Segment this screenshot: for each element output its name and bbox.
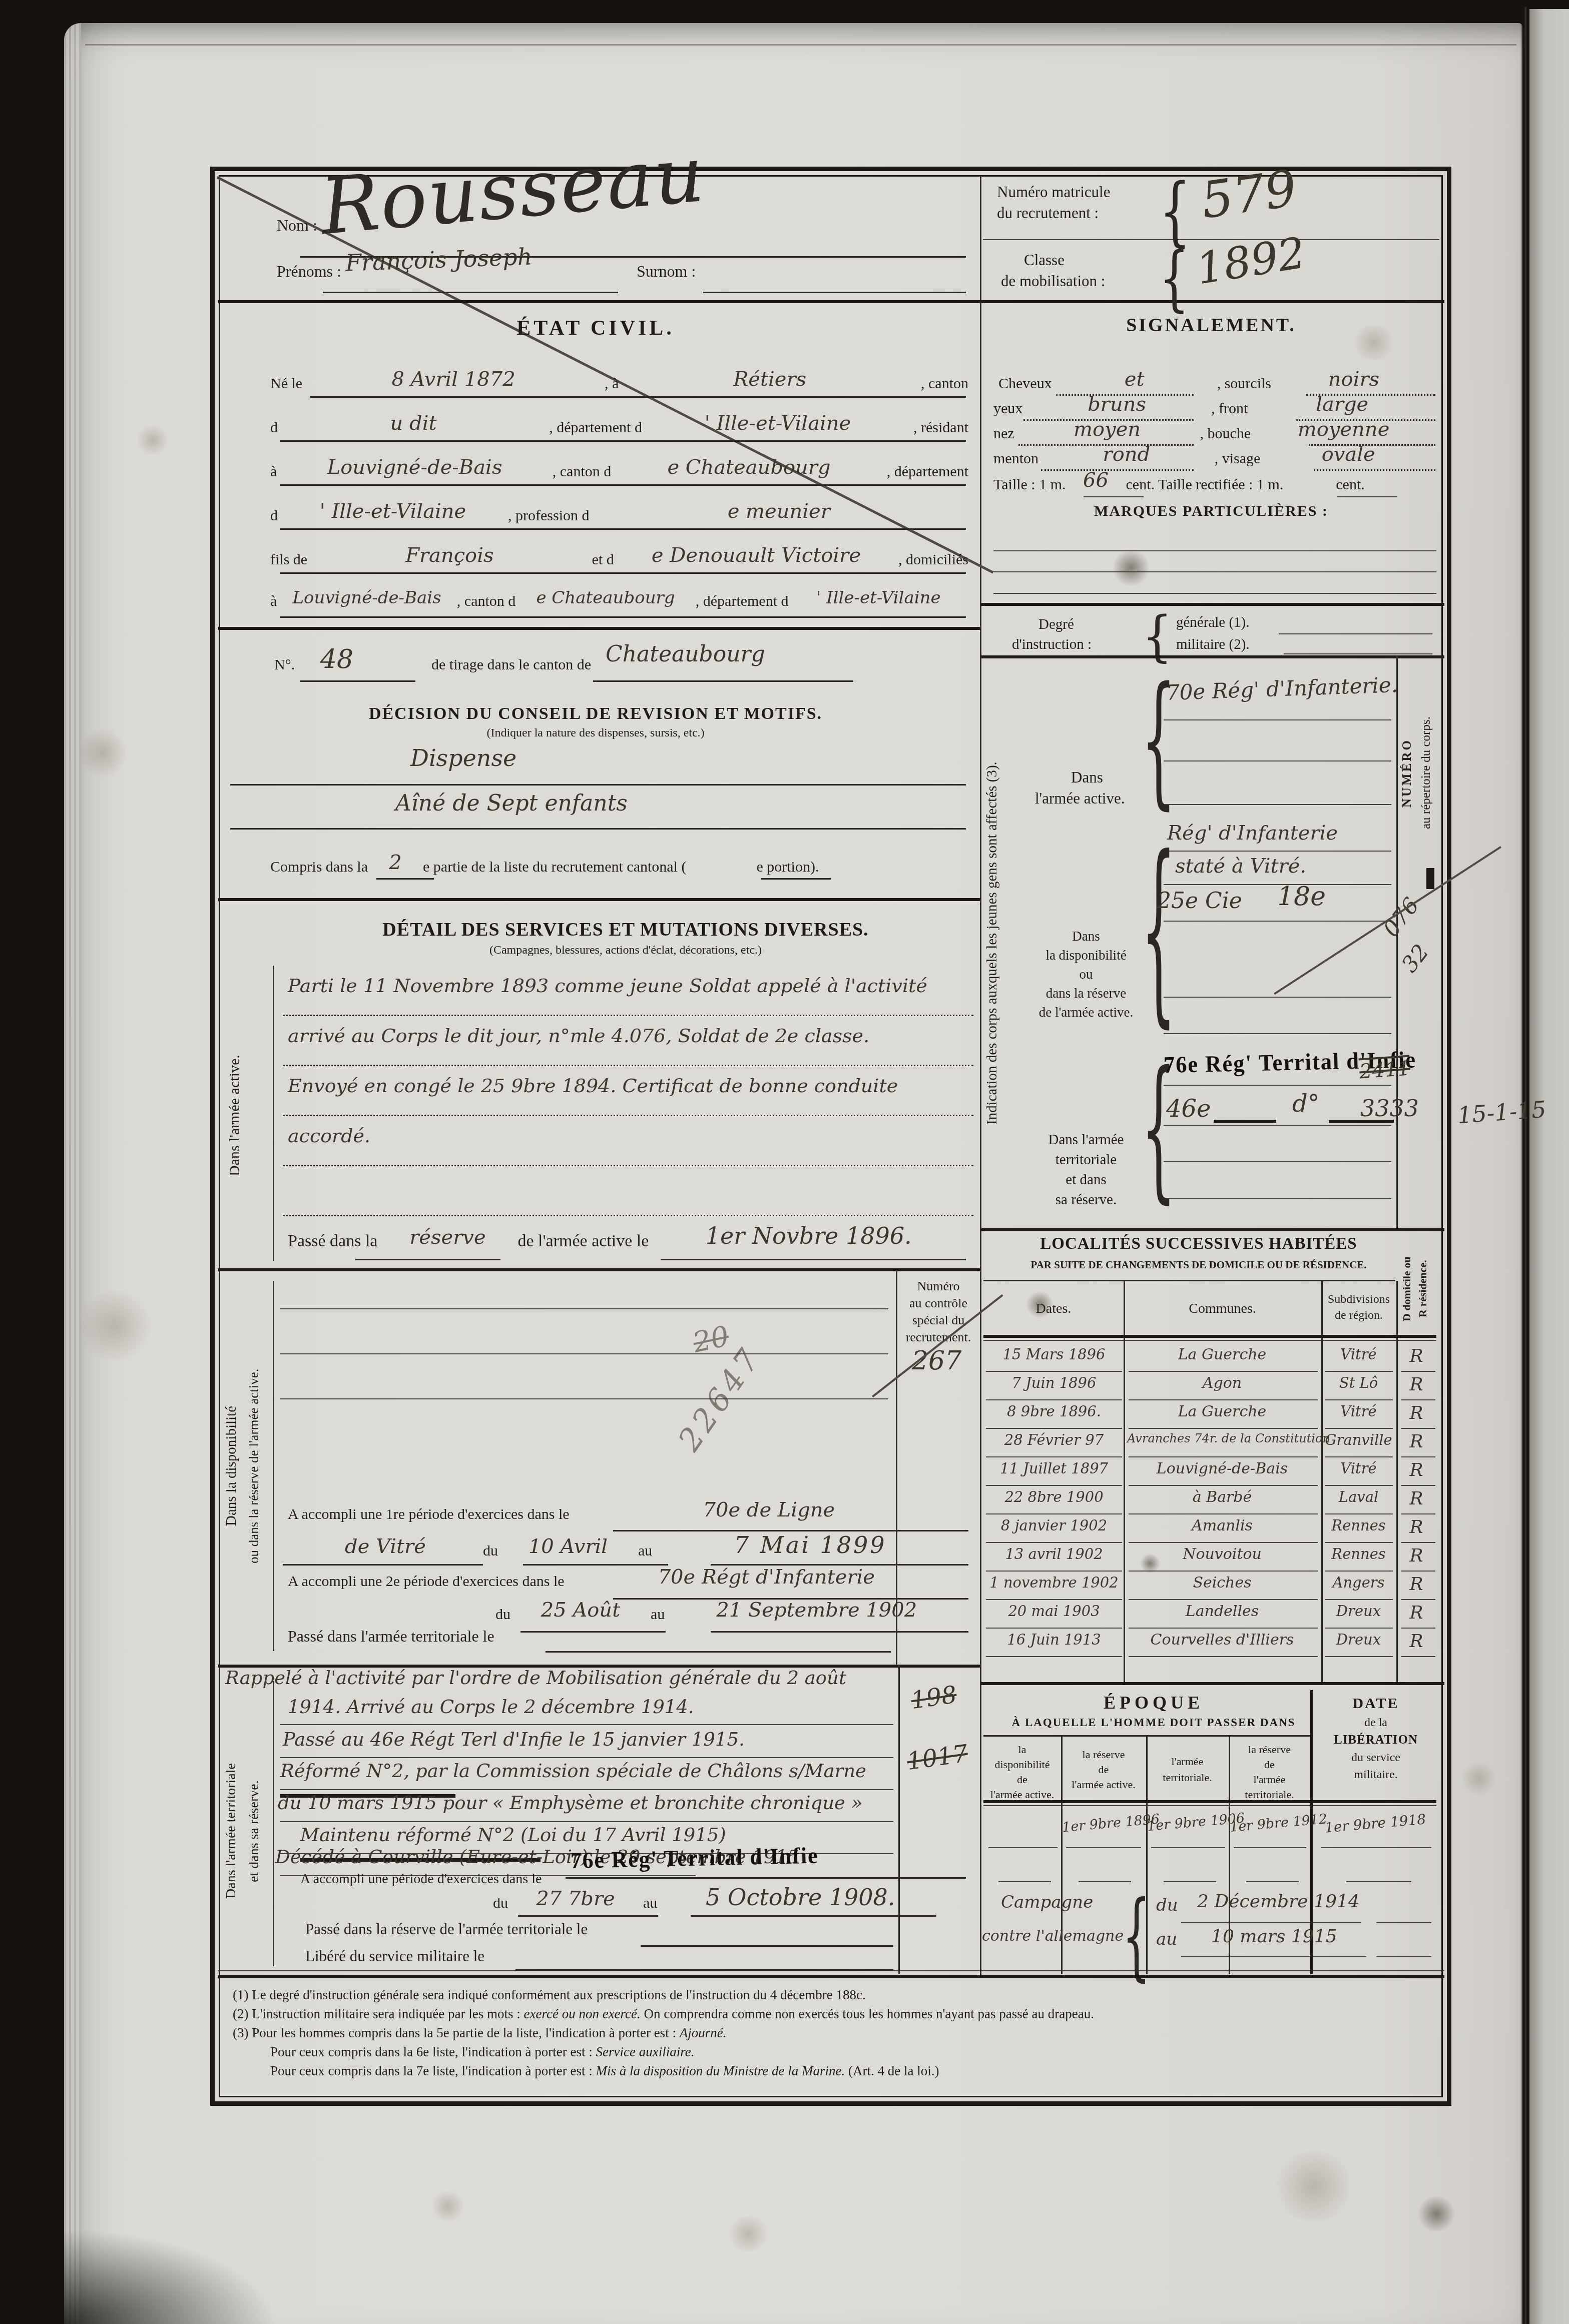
col-header-dr-1: D domicile ou bbox=[1400, 1232, 1413, 1346]
struck-number: 2411 bbox=[1358, 1055, 1411, 1084]
row-rule bbox=[1129, 1428, 1318, 1429]
handwritten: 10 Avril bbox=[498, 1535, 638, 1558]
surnom-rule bbox=[703, 292, 966, 293]
row-rule bbox=[1401, 1456, 1435, 1457]
table-cell-commune: La Guerche bbox=[1127, 1346, 1317, 1363]
campagne-brace bbox=[1122, 1889, 1151, 1984]
rule bbox=[1376, 1922, 1431, 1923]
periode1-line1: A accompli une 1re période d'exercices d… bbox=[288, 1501, 968, 1524]
printed: , sourcils bbox=[1217, 375, 1271, 392]
table-cell-commune: Louvigné-de-Bais bbox=[1127, 1460, 1317, 1477]
stain bbox=[75, 1291, 155, 1361]
table-cell-commune: Landelles bbox=[1127, 1603, 1317, 1620]
epoque-header-sep bbox=[983, 1800, 1436, 1803]
handwritten: ' Ille-et-Vilaine bbox=[278, 500, 508, 523]
services-handwritten-3: Envoyé en congé le 25 9bre 1894. Certifi… bbox=[288, 1075, 898, 1097]
row-rule bbox=[1325, 1513, 1393, 1514]
epoque-col4-l1: la réserve bbox=[1229, 1743, 1310, 1756]
row-rule bbox=[1129, 1542, 1318, 1543]
printed: , visage bbox=[1215, 450, 1261, 467]
footnote-1: (1) Le degré d'instruction générale sera… bbox=[233, 1987, 866, 2003]
footnote-5b: Mis à la disposition du Ministre de la M… bbox=[596, 2063, 845, 2078]
corps-dispo-label-1: Dans bbox=[1031, 929, 1141, 944]
dash bbox=[1214, 1120, 1276, 1123]
handwritten: Rétiers bbox=[619, 368, 921, 391]
degre-label-1: Degré bbox=[1038, 616, 1074, 633]
rule bbox=[1376, 1956, 1431, 1957]
footnote-sep-thin bbox=[218, 1970, 1444, 1971]
rule bbox=[376, 878, 434, 880]
ctrl-label-2: au contrôle bbox=[898, 1296, 978, 1311]
handwritten: 8 Avril 1872 bbox=[302, 368, 605, 391]
row-rule bbox=[1129, 1656, 1318, 1657]
footnote-5: Pour ceux compris dans la 7e liste, l'in… bbox=[270, 2063, 939, 2079]
printed: à bbox=[270, 463, 277, 480]
rule bbox=[998, 1881, 1051, 1882]
rule bbox=[1246, 1881, 1299, 1882]
signalement-row-2: yeux bruns , front large bbox=[993, 395, 1436, 418]
row-rule bbox=[1401, 1599, 1435, 1600]
printed: fils de bbox=[270, 551, 307, 568]
handwritten: réserve bbox=[377, 1226, 517, 1249]
ctrl-label-1: Numéro bbox=[898, 1279, 978, 1294]
row-rule bbox=[986, 1628, 1122, 1629]
header-rule-2 bbox=[983, 1340, 1436, 1341]
printed: , domiciliés bbox=[898, 551, 968, 568]
stain bbox=[430, 2191, 465, 2221]
terr-handwritten-2: 1914. Arrivé au Corps le 2 décembre 1914… bbox=[288, 1696, 694, 1718]
tirage-number: 48 bbox=[320, 644, 353, 674]
scanned-document: Nom : Rousseau Prénoms : François Joseph… bbox=[0, 0, 1569, 2324]
campagne-date-du: 2 Décembre 1914 bbox=[1197, 1891, 1360, 1912]
row-rule bbox=[1325, 1428, 1393, 1429]
signalement-title: SIGNALEMENT. bbox=[1096, 314, 1326, 336]
services-side-label: Dans l'armée active. bbox=[226, 981, 243, 1251]
printed: Né le bbox=[270, 375, 302, 392]
marques-title: MARQUES PARTICULIÈRES : bbox=[1046, 503, 1376, 520]
terr-handwritten-1: Rappelé à l'activité par l'ordre de Mobi… bbox=[225, 1667, 846, 1689]
degre-label-2: d'instruction : bbox=[1012, 636, 1092, 653]
table-cell-subdiv: Dreux bbox=[1322, 1631, 1395, 1648]
classe-brace bbox=[1159, 243, 1189, 315]
footnote-4a: Pour ceux compris dans la 6e liste, l'in… bbox=[270, 2044, 596, 2059]
terr-margin-divider bbox=[898, 1665, 900, 1974]
terr-handwritten-4: Réformé N°2, par la Commission spéciale … bbox=[280, 1760, 866, 1782]
table-cell-subdiv: Vitré bbox=[1322, 1460, 1395, 1477]
rule bbox=[1181, 1956, 1366, 1957]
matricule-rule bbox=[983, 239, 1439, 240]
footnote-2a: (2) L'instruction militaire sera indiqué… bbox=[233, 2006, 524, 2021]
printed: Passé dans la bbox=[288, 1232, 377, 1251]
corps-side-label: Indication des corps auxquels les jeunes… bbox=[984, 665, 1000, 1221]
table-cell-dr: R bbox=[1399, 1346, 1434, 1366]
printed: Taille : 1 m. bbox=[993, 476, 1066, 493]
handwritten: 5 Octobre 1908. bbox=[657, 1884, 943, 1911]
table-cell-subdiv: Granville bbox=[1322, 1431, 1395, 1448]
row-rule bbox=[1325, 1571, 1393, 1572]
table-cell-dr: R bbox=[1399, 1431, 1434, 1452]
facing-page-edge bbox=[1529, 9, 1569, 2324]
terr-handwritten-5: du 10 mars 1915 pour « Emphysème et bron… bbox=[278, 1792, 862, 1814]
tirage-canton: Chateaubourg bbox=[606, 641, 765, 667]
epoque-col4-l4: territoriale. bbox=[1229, 1788, 1310, 1801]
rule bbox=[230, 784, 966, 786]
col-divider-communes-subdiv bbox=[1321, 1281, 1323, 1682]
periode-territoriale-dates: du 27 7bre au 5 Octobre 1908. bbox=[493, 1886, 943, 1913]
printed: menton bbox=[993, 450, 1038, 467]
printed: au bbox=[651, 1606, 665, 1623]
matricule-label-line1: Numéro matricule bbox=[997, 183, 1110, 201]
rule bbox=[711, 1631, 968, 1633]
services-handwritten-1: Parti le 11 Novembre 1893 comme jeune So… bbox=[288, 975, 927, 997]
services-handwritten-4: accordé. bbox=[288, 1125, 370, 1147]
table-cell-dr: R bbox=[1399, 1460, 1434, 1480]
terr-side-label-2: et dans sa réserve. bbox=[246, 1726, 262, 1936]
rule bbox=[641, 1945, 893, 1947]
rule bbox=[283, 1215, 973, 1216]
printed: , front bbox=[1211, 400, 1248, 417]
epoque-col3-l2: territoriale. bbox=[1146, 1771, 1229, 1784]
header-separator bbox=[218, 300, 1444, 303]
handwritten: u dit bbox=[278, 412, 549, 435]
rule bbox=[280, 616, 966, 618]
printed: du bbox=[493, 1895, 508, 1912]
date-col-l4: du service bbox=[1313, 1751, 1438, 1765]
printed: , département bbox=[887, 463, 968, 480]
dispo-side-label-1: Dans la disponibilité bbox=[223, 1321, 240, 1611]
rule bbox=[1279, 633, 1432, 634]
epoque-subtitle: À LAQUELLE L'HOMME DOIT PASSER DANS bbox=[996, 1716, 1311, 1729]
rule bbox=[1164, 1085, 1391, 1086]
matricule-label-line2: du recrutement : bbox=[997, 204, 1099, 222]
decision-title: DÉCISION DU CONSEIL DE REVISION ET MOTIF… bbox=[350, 704, 841, 723]
rule bbox=[1164, 851, 1391, 852]
etat-civil-line4: d ' Ille-et-Vilaine , profession d e meu… bbox=[270, 502, 968, 525]
footnote-3: (3) Pour les hommes compris dans la 5e p… bbox=[233, 2025, 726, 2041]
corps-dispo-handwritten-3: 25e Cie bbox=[1157, 888, 1242, 914]
underlying-page-edge bbox=[85, 44, 1516, 46]
printed: A accompli une 1re période d'exercices d… bbox=[288, 1506, 570, 1523]
footnote-2c: On comprendra comme non exercés tous les… bbox=[641, 2006, 1094, 2021]
terr-handwritten-6: Maintenu réformé N°2 (Loi du 17 Avril 19… bbox=[300, 1824, 726, 1846]
section-separator bbox=[981, 655, 1444, 658]
row-rule bbox=[1129, 1456, 1318, 1457]
row-rule bbox=[1401, 1428, 1435, 1429]
printed: et d bbox=[592, 551, 614, 568]
table-cell-subdiv: Angers bbox=[1322, 1574, 1395, 1591]
rule bbox=[280, 1821, 893, 1822]
rule bbox=[761, 878, 831, 880]
rule bbox=[993, 593, 1436, 594]
epoque-col1-l1: la bbox=[983, 1743, 1061, 1756]
rule bbox=[993, 571, 1436, 572]
stain bbox=[1351, 325, 1396, 360]
rule bbox=[280, 1353, 888, 1354]
row-rule bbox=[986, 1513, 1122, 1514]
row-rule bbox=[986, 1599, 1122, 1600]
handwritten: large bbox=[1248, 393, 1436, 416]
corps-terr-label-3: et dans bbox=[1031, 1172, 1141, 1188]
footnote-4b: Service auxiliaire. bbox=[596, 2044, 694, 2059]
epoque-col4-l3: l'armée bbox=[1229, 1773, 1310, 1786]
epoque-col2-l1: la réserve bbox=[1061, 1748, 1146, 1761]
table-cell-dr: R bbox=[1399, 1374, 1434, 1395]
table-cell-commune: Seiches bbox=[1127, 1574, 1317, 1592]
printed: , canton d bbox=[553, 463, 611, 480]
epoque-col4-l2: de bbox=[1229, 1758, 1310, 1771]
printed: de l'armée active le bbox=[517, 1232, 649, 1251]
printed: au bbox=[638, 1542, 652, 1560]
etat-civil-line2: d u dit , département d ' Ille-et-Vilain… bbox=[270, 414, 968, 437]
table-cell-date: 8 9bre 1896. bbox=[987, 1403, 1121, 1420]
signalement-row-3: nez moyen , bouche moyenne bbox=[993, 420, 1436, 443]
table-cell-commune: à Barbé bbox=[1127, 1488, 1317, 1506]
row-rule bbox=[986, 1571, 1122, 1572]
tirage-label-no: N°. bbox=[274, 656, 295, 673]
rule bbox=[1164, 1198, 1391, 1199]
footnote-5c: (Art. 4 de la loi.) bbox=[845, 2063, 939, 2078]
rule bbox=[593, 680, 853, 682]
epoque-col1-l4: l'armée active. bbox=[983, 1788, 1061, 1801]
rule bbox=[993, 550, 1436, 551]
stain bbox=[80, 725, 125, 781]
footnote-2b: exercé ou non exercé. bbox=[524, 2006, 640, 2021]
rule bbox=[1164, 804, 1391, 805]
printed: A accompli une 2e période d'exercices da… bbox=[288, 1573, 565, 1590]
table-cell-commune: La Guerche bbox=[1127, 1403, 1317, 1420]
table-cell-subdiv: Vitré bbox=[1322, 1346, 1395, 1363]
rule bbox=[546, 1651, 891, 1653]
rule bbox=[280, 1789, 893, 1790]
date-col-l2: de la bbox=[1313, 1716, 1438, 1730]
stain bbox=[1271, 2151, 1356, 2221]
libere-label: Libéré du service militaire le bbox=[305, 1947, 484, 1965]
row-rule bbox=[986, 1371, 1122, 1372]
rule bbox=[518, 1915, 658, 1917]
handwritten: rond bbox=[1038, 443, 1215, 466]
row-rule bbox=[1325, 1399, 1393, 1400]
handwritten: 21 Septembre 1902 bbox=[665, 1599, 968, 1622]
handwritten: 70e de Ligne bbox=[570, 1498, 968, 1521]
dispo-side-label-2: ou dans la réserve de l'armée active. bbox=[246, 1291, 262, 1641]
printed: du bbox=[483, 1542, 498, 1560]
row-rule bbox=[1129, 1599, 1318, 1600]
stain bbox=[135, 425, 170, 455]
table-cell-subdiv: Dreux bbox=[1322, 1603, 1395, 1620]
etat-civil-line3: à Louvigné-de-Bais , canton d e Chateaub… bbox=[270, 458, 968, 481]
rule bbox=[1164, 1881, 1216, 1882]
printed: , résidant bbox=[913, 419, 968, 436]
handwritten: e Chateaubourg bbox=[515, 588, 695, 608]
table-cell-dr: R bbox=[1399, 1603, 1434, 1623]
corps-dispo-label-2: la disponibilité bbox=[1031, 948, 1141, 963]
compris-line: Compris dans la 2 e partie de la liste d… bbox=[270, 854, 921, 877]
col-header-dr-2: R résidence. bbox=[1416, 1232, 1429, 1346]
decision-handwritten-2: Aîné de Sept enfants bbox=[395, 791, 628, 816]
stain bbox=[1416, 2196, 1456, 2231]
dispo-label-divider bbox=[273, 1281, 274, 1651]
ctrl-label-3: spécial du bbox=[898, 1313, 978, 1328]
row-rule bbox=[986, 1456, 1122, 1457]
col-header-subdiv-2: de région. bbox=[1321, 1309, 1396, 1322]
stain bbox=[1461, 1761, 1496, 1796]
corps-dispo-label-4: dans la réserve bbox=[1031, 986, 1141, 1001]
rule bbox=[1164, 760, 1391, 761]
section-separator bbox=[218, 898, 980, 901]
handwritten: 27 7bre bbox=[508, 1887, 643, 1910]
handwritten: 66 bbox=[1066, 469, 1126, 492]
classe-label-line2: de mobilisation : bbox=[1001, 272, 1105, 290]
table-cell-subdiv: Laval bbox=[1322, 1488, 1395, 1505]
printed: Cheveux bbox=[998, 375, 1052, 392]
row-rule bbox=[1325, 1485, 1393, 1486]
rule bbox=[661, 1259, 966, 1260]
etat-civil-line5: fils de François et d e Denouault Victoi… bbox=[270, 546, 968, 569]
repertoire-tick bbox=[1426, 868, 1434, 889]
printed: , à bbox=[605, 375, 619, 392]
handwritten: 7 Mai 1899 bbox=[652, 1531, 968, 1559]
nom-label: Nom : bbox=[277, 216, 317, 235]
col-header-subdiv-1: Subdivisions bbox=[1321, 1293, 1396, 1306]
table-cell-dr: R bbox=[1399, 1574, 1434, 1595]
passe-reserve-terr-label: Passé dans la réserve de l'armée territo… bbox=[305, 1920, 588, 1938]
handwritten: 2 bbox=[368, 851, 423, 874]
rule bbox=[1151, 1847, 1225, 1848]
table-cell-date: 11 Juillet 1897 bbox=[987, 1460, 1121, 1477]
row-rule bbox=[1129, 1485, 1318, 1486]
col-divider-dates-communes bbox=[1124, 1281, 1125, 1682]
passe-reserve-line: Passé dans la réserve de l'armée active … bbox=[288, 1225, 968, 1252]
corps-dispo-handwritten-1: Rég' d'Infanterie bbox=[1167, 822, 1338, 845]
row-rule bbox=[1401, 1371, 1435, 1372]
section-separator bbox=[981, 603, 1444, 606]
row-rule bbox=[986, 1485, 1122, 1486]
rule bbox=[283, 1065, 973, 1066]
rule bbox=[1234, 1847, 1306, 1848]
rule bbox=[283, 1115, 973, 1116]
printed: , département d bbox=[696, 593, 789, 610]
epoque-title: ÉPOQUE bbox=[996, 1692, 1311, 1713]
book-gutter bbox=[1520, 7, 1526, 2324]
handwritten: e Denouault Victoire bbox=[614, 544, 898, 567]
handwritten: noirs bbox=[1271, 368, 1436, 391]
printed: à bbox=[270, 593, 277, 610]
corps-active-label-2: l'armée active. bbox=[1035, 790, 1125, 808]
handwritten: de Vitré bbox=[288, 1535, 483, 1558]
handwritten: ' Ille-et-Vilaine bbox=[789, 588, 968, 608]
printed: cent. bbox=[1336, 476, 1364, 493]
stain bbox=[726, 2216, 771, 2251]
table-bottom-rule bbox=[981, 1682, 1444, 1685]
table-cell-commune: Amanlis bbox=[1127, 1517, 1317, 1534]
campagne-label-1: Campagne bbox=[1001, 1892, 1093, 1912]
row-rule bbox=[1401, 1513, 1435, 1514]
epoque-header-sep-2 bbox=[983, 1805, 1436, 1806]
row-rule bbox=[1325, 1456, 1393, 1457]
table-cell-subdiv: Rennes bbox=[1322, 1517, 1395, 1534]
table-cell-dr: R bbox=[1399, 1403, 1434, 1423]
epoque-col3-l1: l'armée bbox=[1146, 1755, 1229, 1768]
printed: , profession d bbox=[508, 507, 589, 524]
rule bbox=[1181, 1922, 1361, 1923]
handwritten: et bbox=[1052, 368, 1217, 391]
rule bbox=[988, 1847, 1058, 1848]
date-col-l5: militaire. bbox=[1313, 1768, 1438, 1782]
terr-handwritten-3: Passé au 46e Régt Terl d'Infie le 15 jan… bbox=[283, 1729, 745, 1750]
col-divider-dr bbox=[1396, 1281, 1398, 1682]
rule bbox=[566, 1877, 966, 1879]
passe-territoriale-label: Passé dans l'armée territoriale le bbox=[288, 1627, 494, 1646]
prenoms-label: Prénoms : bbox=[277, 262, 341, 281]
footnote-3b: Ajourné. bbox=[680, 2025, 727, 2040]
section-separator bbox=[218, 627, 980, 630]
rule bbox=[520, 1631, 666, 1633]
corps-terr-label-4: sa réserve. bbox=[1031, 1192, 1141, 1208]
row-rule bbox=[1325, 1628, 1393, 1629]
date-col-l1: DATE bbox=[1313, 1695, 1438, 1712]
rule bbox=[1321, 1847, 1431, 1848]
printed: d bbox=[270, 507, 278, 524]
handwritten: e Chateaubourg bbox=[611, 456, 886, 479]
rule bbox=[283, 1015, 973, 1016]
row-rule bbox=[1325, 1656, 1393, 1657]
repertoire-column-divider bbox=[1396, 655, 1398, 1228]
printed: nez bbox=[993, 425, 1014, 442]
section-separator bbox=[218, 1268, 980, 1271]
printed: , canton d bbox=[457, 593, 515, 610]
row-rule bbox=[1325, 1371, 1393, 1372]
row-rule bbox=[1401, 1628, 1435, 1629]
classe-label-line1: Classe bbox=[1024, 251, 1065, 269]
row-rule bbox=[986, 1656, 1122, 1657]
handwritten: e meunier bbox=[589, 500, 968, 523]
rule bbox=[280, 572, 966, 574]
periode2-line2: du 25 Août au 21 Septembre 1902 bbox=[495, 1601, 968, 1624]
etat-civil-title: ÉTAT CIVIL. bbox=[490, 316, 701, 340]
corps-active-label-1: Dans bbox=[1071, 768, 1103, 787]
table-top-rule bbox=[983, 1280, 1395, 1281]
rule bbox=[283, 1165, 973, 1166]
degre-militaire-label: militaire (2). bbox=[1176, 636, 1250, 653]
table-cell-date: 16 Juin 1913 bbox=[987, 1631, 1121, 1648]
printed: e portion). bbox=[756, 859, 819, 876]
corner-shadow bbox=[64, 2221, 294, 2324]
book-page-edges bbox=[64, 23, 81, 2324]
row-rule bbox=[1129, 1399, 1318, 1400]
handwritten: Louvigné-de-Bais bbox=[277, 456, 552, 479]
signalement-row-1: Cheveux et , sourcils noirs bbox=[998, 370, 1436, 393]
table-cell-date: 20 mai 1903 bbox=[987, 1603, 1121, 1620]
etat-civil-line6: à Louvigné-de-Bais , canton d e Chateaub… bbox=[270, 590, 968, 610]
table-cell-subdiv: Vitré bbox=[1322, 1403, 1395, 1420]
periode-territoriale-label: A accompli une période d'exercices dans … bbox=[300, 1871, 542, 1887]
rule bbox=[230, 828, 966, 830]
footnote-4: Pour ceux compris dans la 6e liste, l'in… bbox=[270, 2044, 694, 2060]
footnote-3a: (3) Pour les hommes compris dans la 5e p… bbox=[233, 2025, 680, 2040]
rule bbox=[691, 1915, 936, 1917]
localites-subtitle: PAR SUITE DE CHANGEMENTS DE DOMICILE OU … bbox=[996, 1259, 1401, 1271]
table-cell-commune: Courvelles d'Illiers bbox=[1127, 1631, 1317, 1649]
printed: e partie de la liste du recrutement cant… bbox=[423, 859, 686, 876]
rule bbox=[280, 1398, 888, 1399]
campagne-du: du bbox=[1156, 1895, 1178, 1915]
footnote-5a: Pour ceux compris dans la 7e liste, l'in… bbox=[270, 2063, 596, 2078]
handwritten: François bbox=[307, 544, 592, 567]
section-separator bbox=[981, 1228, 1444, 1231]
tirage-label: de tirage dans le canton de bbox=[431, 656, 591, 673]
rule bbox=[1314, 469, 1435, 471]
rule bbox=[1164, 719, 1391, 720]
